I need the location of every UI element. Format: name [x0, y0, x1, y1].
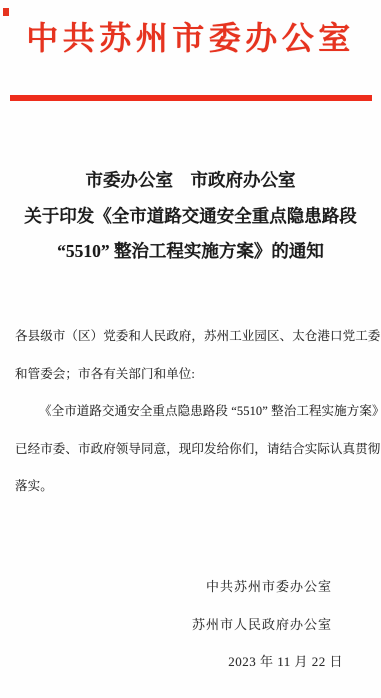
document-page: 中共苏州市委办公室 市委办公室 市政府办公室 关于印发《全市道路交通安全重点隐患…: [0, 0, 381, 698]
title-line-3: “5510” 整治工程实施方案》的通知: [0, 234, 381, 270]
signature-org-2: 苏州市人民政府办公室: [192, 606, 332, 644]
title-line-2: 关于印发《全市道路交通安全重点隐患路段: [0, 199, 381, 235]
body-paragraph-line-2: 已经市委、市政府领导同意，现印发给你们，请结合实际认真贯彻: [15, 431, 371, 469]
document-body: 各县级市（区）党委和人民政府，苏州工业园区、太仓港口党工委 和管委会；市各有关部…: [15, 318, 371, 506]
body-addressee-line-2: 和管委会；市各有关部门和单位:: [15, 356, 371, 394]
document-title: 市委办公室 市政府办公室 关于印发《全市道路交通安全重点隐患路段 “5510” …: [0, 163, 381, 270]
body-paragraph-line-3: 落实。: [15, 468, 371, 506]
letterhead-org-name: 中共苏州市委办公室: [0, 13, 381, 59]
signature-block: 中共苏州市委办公室 苏州市人民政府办公室 2023 年 11 月 22 日: [192, 568, 332, 681]
signature-date: 2023 年 11 月 22 日: [192, 643, 343, 681]
letterhead-divider-line: [10, 95, 372, 101]
title-line-1: 市委办公室 市政府办公室: [0, 163, 381, 199]
body-paragraph-line-1: 《全市道路交通安全重点隐患路段 “5510” 整治工程实施方案》: [15, 393, 371, 431]
signature-org-1: 中共苏州市委办公室: [192, 568, 332, 606]
body-addressee-line-1: 各县级市（区）党委和人民政府，苏州工业园区、太仓港口党工委: [15, 318, 371, 356]
